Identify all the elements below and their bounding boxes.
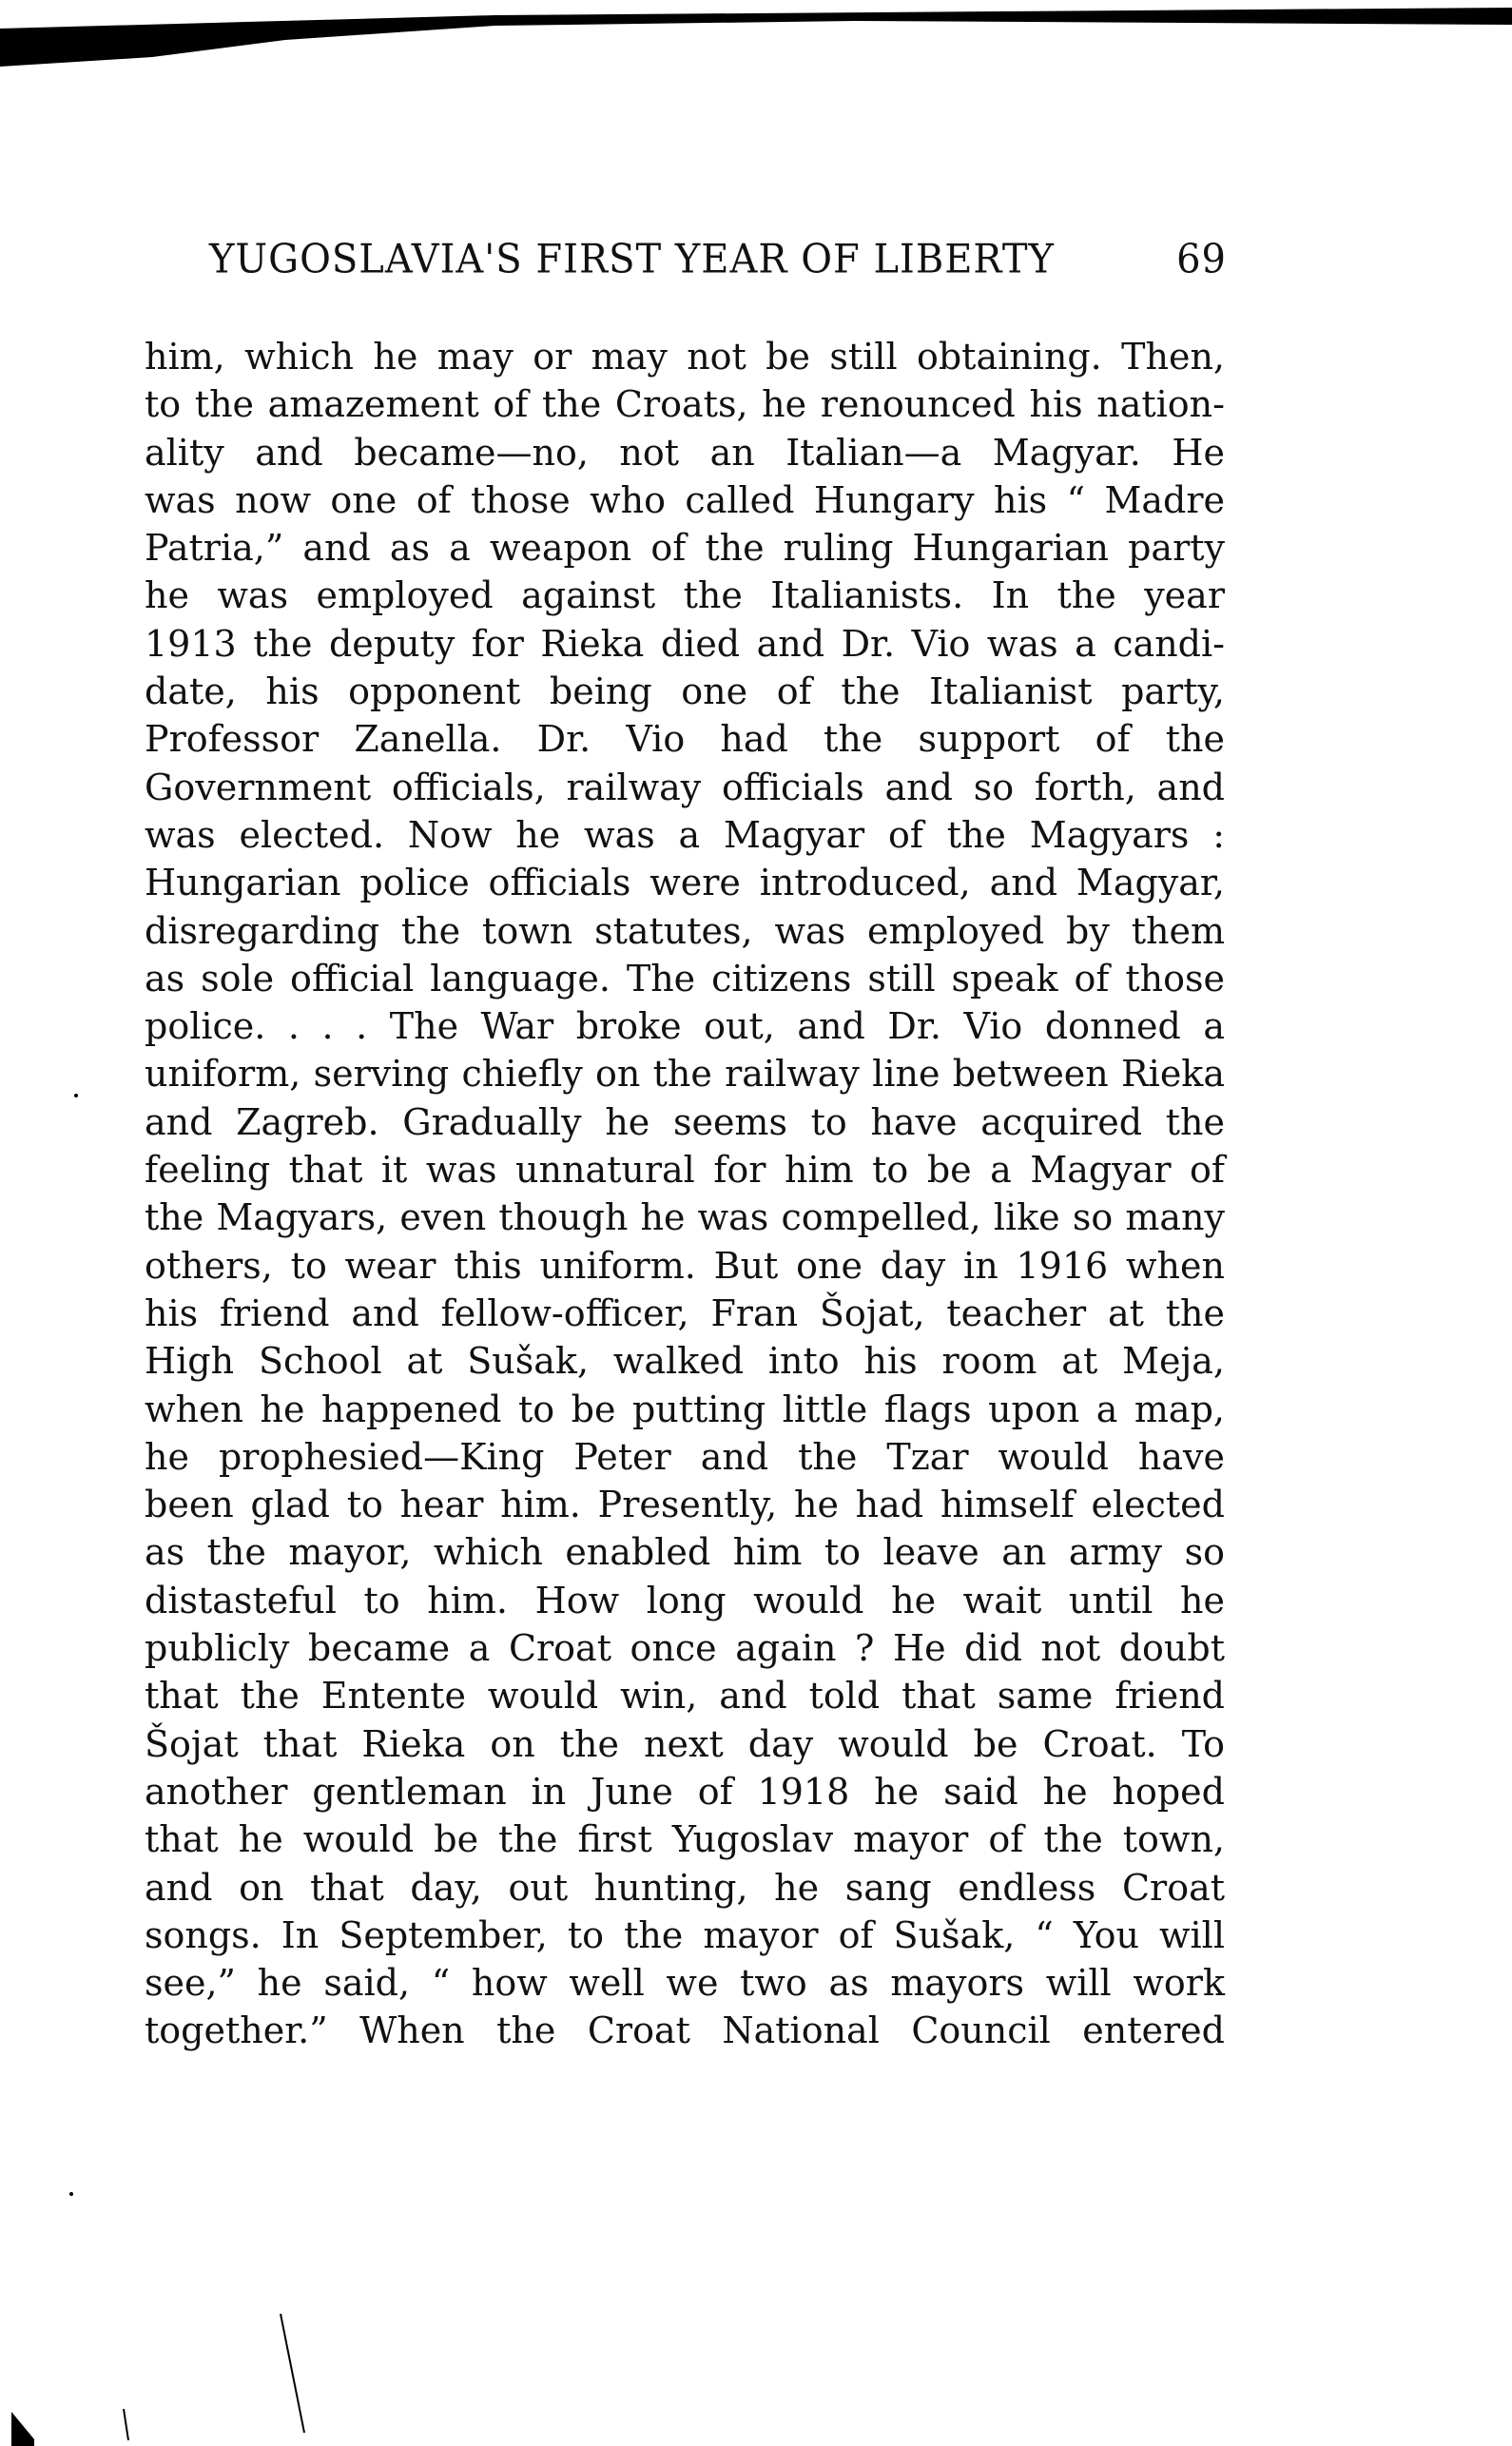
text-line: disregarding the town statutes, was empl… <box>145 907 1225 955</box>
scan-edge-bar <box>0 8 1512 67</box>
text-line: been glad to hear him. Presently, he had… <box>145 1481 1225 1528</box>
text-line: feeling that it was unnatural for him to… <box>145 1146 1225 1194</box>
text-line: date, his opponent being one of the Ital… <box>145 668 1225 715</box>
text-line: he was employed against the Italianists.… <box>145 572 1225 619</box>
text-line: and Zagreb. Gradually he seems to have a… <box>145 1098 1225 1146</box>
text-line: another gentleman in June of 1918 he sai… <box>145 1768 1225 1815</box>
text-line: police. . . . The War broke out, and Dr.… <box>145 1002 1225 1050</box>
body-text: him, which he may or may not be still ob… <box>145 333 1225 2055</box>
page-number: 69 <box>1176 237 1227 282</box>
text-line: that he would be the first Yugoslav mayo… <box>145 1815 1225 1863</box>
text-line: distasteful to him. How long would he wa… <box>145 1577 1225 1624</box>
text-line: to the amazement of the Croats, he renou… <box>145 380 1225 428</box>
text-line: together.” When the Croat National Counc… <box>145 2007 1225 2054</box>
text-line: Šojat that Rieka on the next day would b… <box>145 1720 1225 1768</box>
text-line: see,” he said, “ how well we two as mayo… <box>145 1959 1225 2007</box>
text-line: Government officials, railway officials … <box>145 764 1225 811</box>
text-line: was elected. Now he was a Magyar of the … <box>145 811 1225 859</box>
running-head-title: YUGOSLAVIA'S FIRST YEAR OF LIBERTY <box>209 237 1055 282</box>
text-line: High School at Sušak, walked into his ro… <box>145 1337 1225 1385</box>
scan-corner-wedge <box>11 2412 34 2446</box>
text-line: publicly became a Croat once again ? He … <box>145 1624 1225 1672</box>
text-line: and on that day, out hunting, he sang en… <box>145 1864 1225 1912</box>
text-line: as sole official language. The citizens … <box>145 955 1225 1002</box>
text-line: him, which he may or may not be still ob… <box>145 333 1225 380</box>
scan-stroke <box>124 2409 128 2440</box>
text-line: Professor Zanella. Dr. Vio had the suppo… <box>145 715 1225 763</box>
text-line: when he happened to be putting little fl… <box>145 1386 1225 1433</box>
text-line: Patria,” and as a weapon of the ruling H… <box>145 524 1225 572</box>
scan-stroke <box>281 2314 304 2433</box>
text-line: his friend and fellow-officer, Fran Šoja… <box>145 1290 1225 1337</box>
running-head: YUGOSLAVIA'S FIRST YEAR OF LIBERTY 69 <box>209 237 1227 282</box>
text-line: Hungarian police officials were introduc… <box>145 859 1225 906</box>
text-line: he prophesied—King Peter and the Tzar wo… <box>145 1433 1225 1481</box>
text-line: was now one of those who called Hungary … <box>145 476 1225 524</box>
text-line: as the mayor, which enabled him to leave… <box>145 1528 1225 1576</box>
text-line: the Magyars, even though he was compelle… <box>145 1194 1225 1241</box>
text-line: 1913 the deputy for Rieka died and Dr. V… <box>145 620 1225 668</box>
text-line: songs. In September, to the mayor of Suš… <box>145 1912 1225 1959</box>
text-line: others, to wear this uniform. But one da… <box>145 1242 1225 1290</box>
text-line: ality and became—no, not an Italian—a Ma… <box>145 429 1225 476</box>
text-line: uniform, serving chiefly on the railway … <box>145 1050 1225 1097</box>
text-line: that the Entente would win, and told tha… <box>145 1672 1225 1719</box>
